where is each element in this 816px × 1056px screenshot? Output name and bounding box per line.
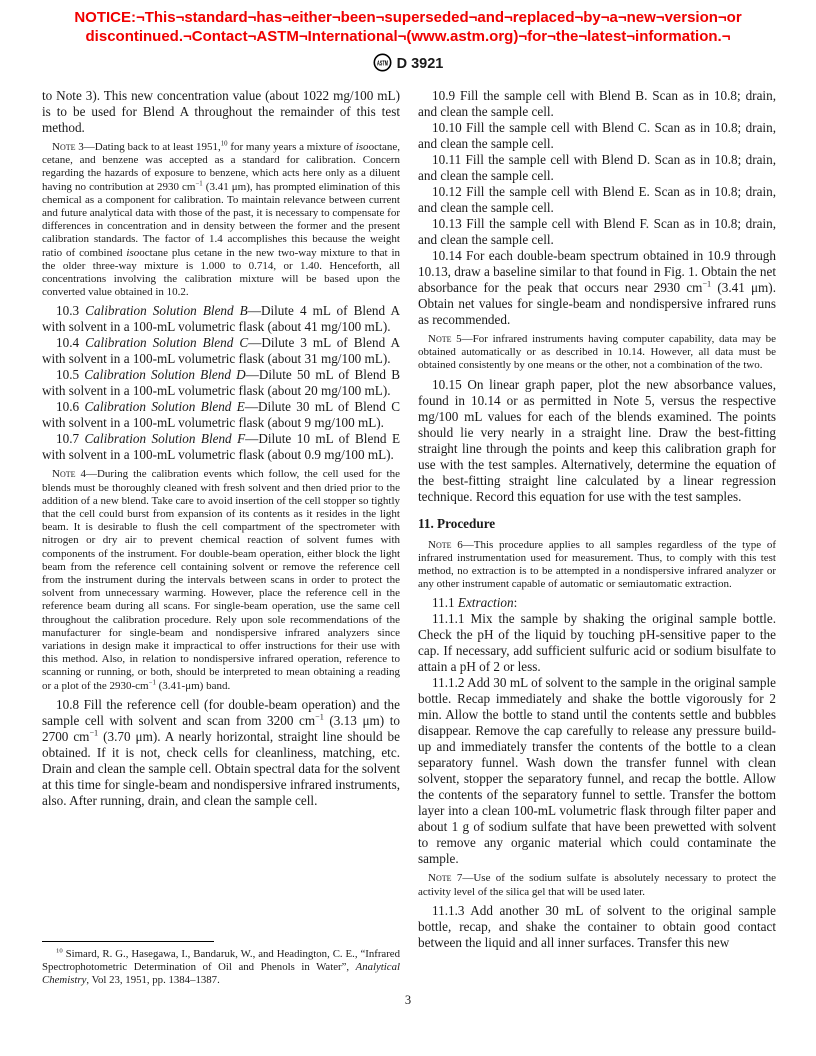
body-paragraph: 10.15 On linear graph paper, plot the ne… (418, 377, 776, 505)
notice-line-2: discontinued.¬Contact¬ASTM¬International… (20, 28, 796, 47)
note-paragraph: Note 3—Dating back to at least 1951,10 f… (42, 141, 400, 299)
two-column-body: to Note 3). This new concentration value… (42, 88, 776, 951)
doc-designation: D 3921 (397, 56, 444, 72)
body-paragraph: 10.11 Fill the sample cell with Blend D.… (418, 152, 776, 184)
body-paragraph: 10.4 Calibration Solution Blend C—Dilute… (42, 335, 400, 367)
footnote-text: 10 Simard, R. G., Hasegawa, I., Bandaruk… (42, 948, 400, 988)
body-paragraph: 10.14 For each double-beam spectrum obta… (418, 248, 776, 328)
body-paragraph: 11.1.3 Add another 30 mL of solvent to t… (418, 903, 776, 951)
note-paragraph: Note 6—This procedure applies to all sam… (418, 539, 776, 592)
body-paragraph: 10.7 Calibration Solution Blend F—Dilute… (42, 431, 400, 463)
body-paragraph: 10.5 Calibration Solution Blend D—Dilute… (42, 367, 400, 399)
note-paragraph: Note 5—For infrared instruments having c… (418, 333, 776, 373)
body-paragraph: 10.12 Fill the sample cell with Blend E.… (418, 184, 776, 216)
notice-line-1: NOTICE:¬This¬standard¬has¬either¬been¬su… (20, 9, 796, 28)
section-heading: 11. Procedure (418, 516, 776, 532)
body-paragraph: 10.6 Calibration Solution Blend E—Dilute… (42, 399, 400, 431)
body-paragraph: 10.3 Calibration Solution Blend B—Dilute… (42, 303, 400, 335)
body-paragraph: 11.1 Extraction: (418, 595, 776, 611)
svg-text:ASTM: ASTM (377, 58, 388, 67)
body-paragraph: 11.1.1 Mix the sample by shaking the ori… (418, 611, 776, 675)
column-right: 10.9 Fill the sample cell with Blend B. … (418, 88, 776, 951)
notice-banner: NOTICE:¬This¬standard¬has¬either¬been¬su… (20, 9, 796, 46)
footnote-rule (42, 941, 214, 942)
astm-logo-icon: ASTM (373, 60, 392, 76)
body-paragraph: to Note 3). This new concentration value… (42, 88, 400, 136)
document-page: NOTICE:¬This¬standard¬has¬either¬been¬su… (0, 0, 816, 1056)
page-number: 3 (0, 993, 816, 1008)
body-paragraph: 10.8 Fill the reference cell (for double… (42, 697, 400, 809)
column-left: to Note 3). This new concentration value… (42, 88, 400, 951)
document-header: ASTMD 3921 (0, 53, 816, 76)
note-paragraph: Note 7—Use of the sodium sulfate is abso… (418, 872, 776, 898)
body-paragraph: 11.1.2 Add 30 mL of solvent to the sampl… (418, 675, 776, 867)
body-paragraph: 10.13 Fill the sample cell with Blend F.… (418, 216, 776, 248)
note-paragraph: Note 4—During the calibration events whi… (42, 468, 400, 692)
body-paragraph: 10.9 Fill the sample cell with Blend B. … (418, 88, 776, 120)
body-paragraph: 10.10 Fill the sample cell with Blend C.… (418, 120, 776, 152)
footnote: 10 Simard, R. G., Hasegawa, I., Bandaruk… (42, 941, 400, 988)
